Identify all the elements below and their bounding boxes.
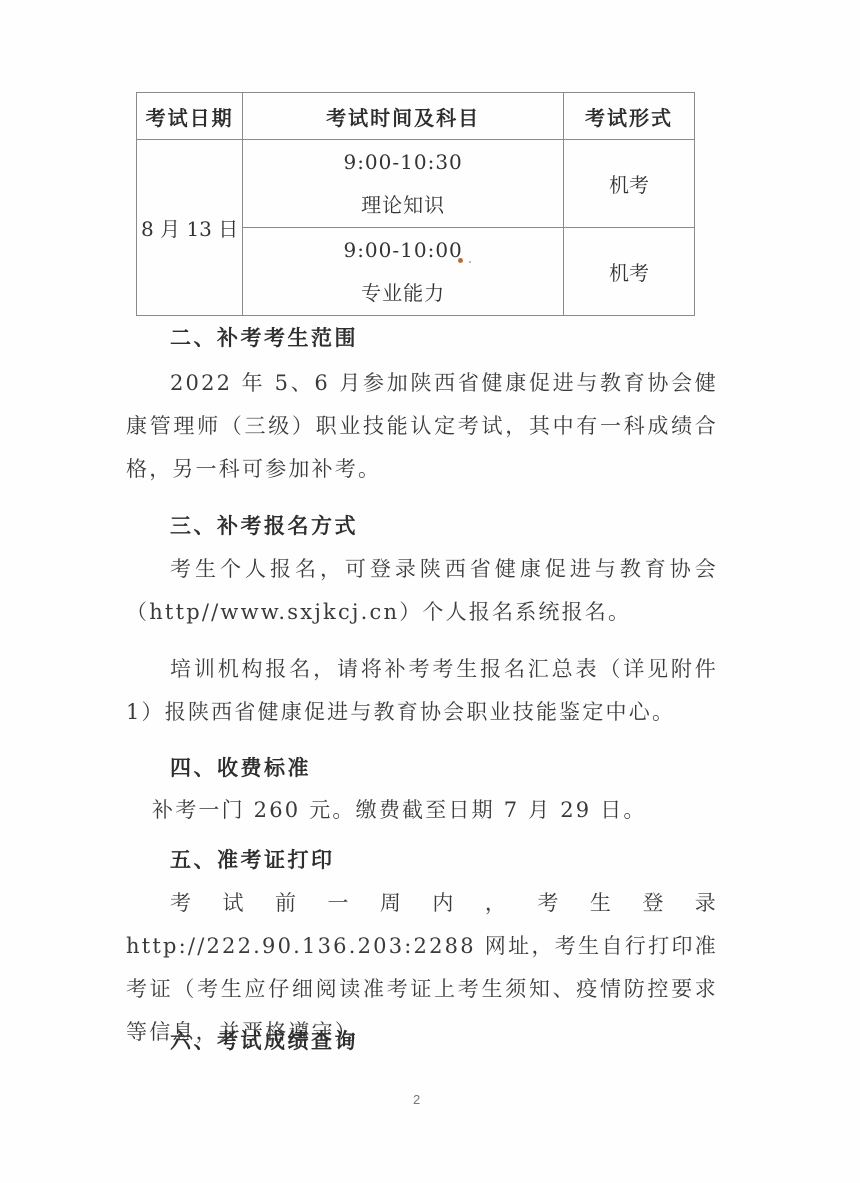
paragraph: 考生个人报名，可登录陕西省健康促进与教育协会（http//www.sxjkcj.… [126, 548, 718, 634]
section-heading-score-query: 六、考试成绩查询 [170, 1025, 358, 1055]
scan-ink-spot [469, 261, 471, 263]
section-body-registration-institution: 培训机构报名，请将补考考生报名汇总表（详见附件 1）报陕西省健康促进与教育协会职… [126, 648, 718, 734]
section-body-scope: 2022 年 5、6 月参加陕西省健康促进与教育协会健康管理师（三级）职业技能认… [126, 362, 718, 491]
section-heading-registration: 三、补考报名方式 [170, 510, 358, 540]
table-header-row: 考试日期 考试时间及科目 考试形式 [137, 93, 695, 140]
header-exam-form: 考试形式 [563, 93, 694, 140]
section-body-fees: 补考一门 260 元。缴费截至日期 7 月 29 日。 [150, 789, 742, 832]
exam-date-cell: 8 月 13 日 [137, 140, 243, 316]
exam-time: 9:00-10:30 [243, 141, 563, 184]
exam-subject: 专业能力 [243, 272, 563, 315]
paragraph: 2022 年 5、6 月参加陕西省健康促进与教育协会健康管理师（三级）职业技能认… [126, 362, 718, 491]
exam-schedule-table: 考试日期 考试时间及科目 考试形式 8 月 13 日 9:00-10:30 理论… [136, 92, 695, 316]
section-heading-scope: 二、补考考生范围 [170, 322, 358, 352]
exam-form-cell: 机考 [563, 228, 694, 316]
header-exam-date: 考试日期 [137, 93, 243, 140]
header-exam-time-subject: 考试时间及科目 [243, 93, 564, 140]
page-number: 2 [413, 1092, 420, 1107]
section-heading-admission-ticket: 五、准考证打印 [170, 844, 335, 874]
section-body-registration: 考生个人报名，可登录陕西省健康促进与教育协会（http//www.sxjkcj.… [126, 548, 718, 634]
table-row: 8 月 13 日 9:00-10:30 理论知识 机考 [137, 140, 695, 228]
section-heading-fees: 四、收费标准 [170, 752, 311, 782]
time-subject-cell: 9:00-10:30 理论知识 [243, 140, 564, 228]
exam-subject: 理论知识 [243, 184, 563, 227]
scan-ink-spot [458, 258, 463, 263]
exam-time: 9:00-10:00 [243, 229, 563, 272]
paragraph: 培训机构报名，请将补考考生报名汇总表（详见附件 1）报陕西省健康促进与教育协会职… [126, 648, 718, 734]
document-page: 考试日期 考试时间及科目 考试形式 8 月 13 日 9:00-10:30 理论… [0, 0, 860, 1183]
time-subject-cell: 9:00-10:00 专业能力 [243, 228, 564, 316]
exam-form-cell: 机考 [563, 140, 694, 228]
paragraph: 补考一门 260 元。缴费截至日期 7 月 29 日。 [150, 789, 742, 832]
